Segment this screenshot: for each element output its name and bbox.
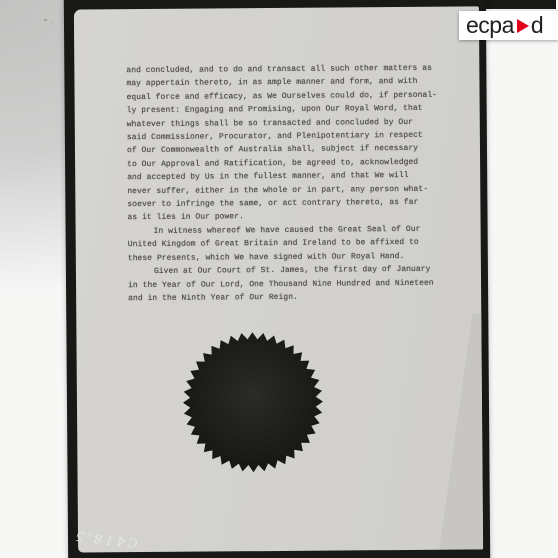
pencil-marks: [44, 19, 47, 21]
typed-line: and in the Ninth Year of Our Reign.: [128, 290, 446, 306]
photo-frame-top-strip: [480, 0, 556, 9]
ecpad-logo-prefix: ecpa: [466, 14, 514, 37]
photographed-document-page: and concluded, and to do and transact al…: [0, 0, 558, 558]
document-paper: and concluded, and to do and transact al…: [74, 6, 483, 552]
ecpad-logo-suffix: d: [531, 14, 543, 37]
typed-text-block: and concluded, and to do and transact al…: [126, 62, 446, 306]
photo-frame: and concluded, and to do and transact al…: [64, 0, 490, 558]
typed-line: in the Year of Our Lord, One Thousand Ni…: [128, 276, 446, 292]
page-edge-shadow: [437, 313, 483, 549]
ecpad-watermark-label: ecpa d: [459, 11, 558, 40]
ecpad-play-icon: [517, 19, 529, 33]
great-seal-icon: [177, 327, 328, 478]
